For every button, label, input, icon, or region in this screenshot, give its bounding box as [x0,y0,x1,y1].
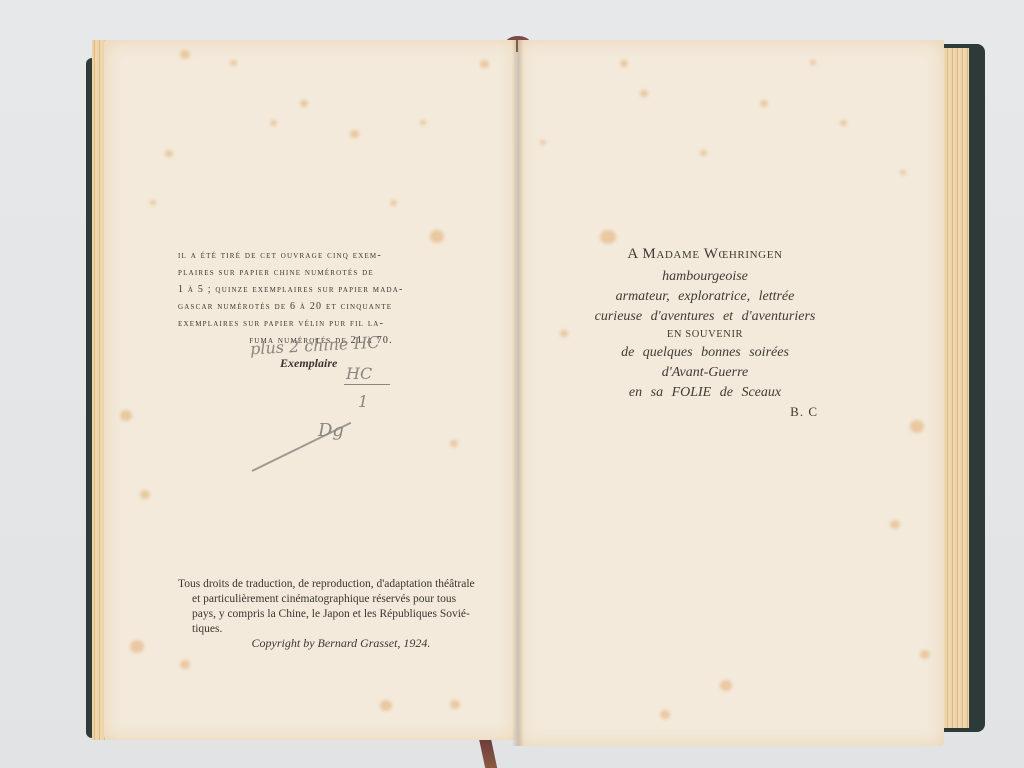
foxing-spot [450,700,460,709]
exemplaire-label: Exemplaire [280,356,337,371]
limitation-line: 1 à 5 ; QUINZE EXEMPLAIRES SUR PAPIER MA… [178,281,464,298]
limitation-notice: IL A ÉTÉ TIRÉ DE CET OUVRAGE CINQ EXEM- … [178,247,464,349]
foxing-spot [910,420,924,433]
dedication-line: armateur, exploratrice, lettrée [560,287,850,307]
dedication-line: EN SOUVENIR [560,327,850,343]
foxing-spot [180,50,190,59]
dedication-signature: B. C [560,403,850,421]
limitation-line: GASCAR NUMÉROTÉS DE 6 à 20 ET CINQUANTE [178,298,464,315]
foxing-spot [890,520,900,529]
foxing-spot [350,130,359,138]
dedication-title: A Madame Wœhringen [560,246,850,263]
pencil-number: 1 [358,392,368,411]
dedication-line: en sa FOLIE de Sceaux [560,383,850,403]
foxing-spot [180,660,190,669]
foxing-spot [920,650,930,659]
limitation-line: PLAIRES SUR PAPIER CHINE NUMÉROTÉS DE [178,264,464,281]
foxing-spot [380,700,392,711]
dedication-line: curieuse d'aventures et d'aventuriers [560,307,850,327]
foxing-spot [720,680,732,691]
pencil-copy-mark: HC [346,364,372,383]
foxing-spot [660,710,670,719]
limitation-line: EXEMPLAIRES SUR PAPIER VÉLIN PUR FIL LA- [178,315,464,332]
rights-line: Tous droits de traduction, de reproducti… [178,577,508,592]
pencil-underline [344,384,390,385]
foxing-spot [430,230,444,243]
foxing-spot [480,60,489,68]
rights-line: et particulièrement cinématographique ré… [178,592,508,607]
rights-line: pays, y compris la Chine, le Japon et le… [178,607,508,622]
dedication-line: hambourgeoise [560,267,850,287]
foxing-spot [140,490,150,499]
rights-line: tiques. [178,622,508,637]
copyright-line: Copyright by Bernard Grasset, 1924. [176,636,506,651]
dedication-line: d'Avant-Guerre [560,363,850,383]
dedication: A Madame Wœhringen hambourgeoise armateu… [560,246,850,421]
dedication-line: de quelques bonnes soirées [560,343,850,363]
book-gutter [512,40,524,746]
rights-notice: Tous droits de traduction, de reproducti… [178,577,508,637]
foxing-spot [130,640,144,653]
foxing-spot [120,410,132,421]
limitation-line: IL A ÉTÉ TIRÉ DE CET OUVRAGE CINQ EXEM- [178,247,464,264]
